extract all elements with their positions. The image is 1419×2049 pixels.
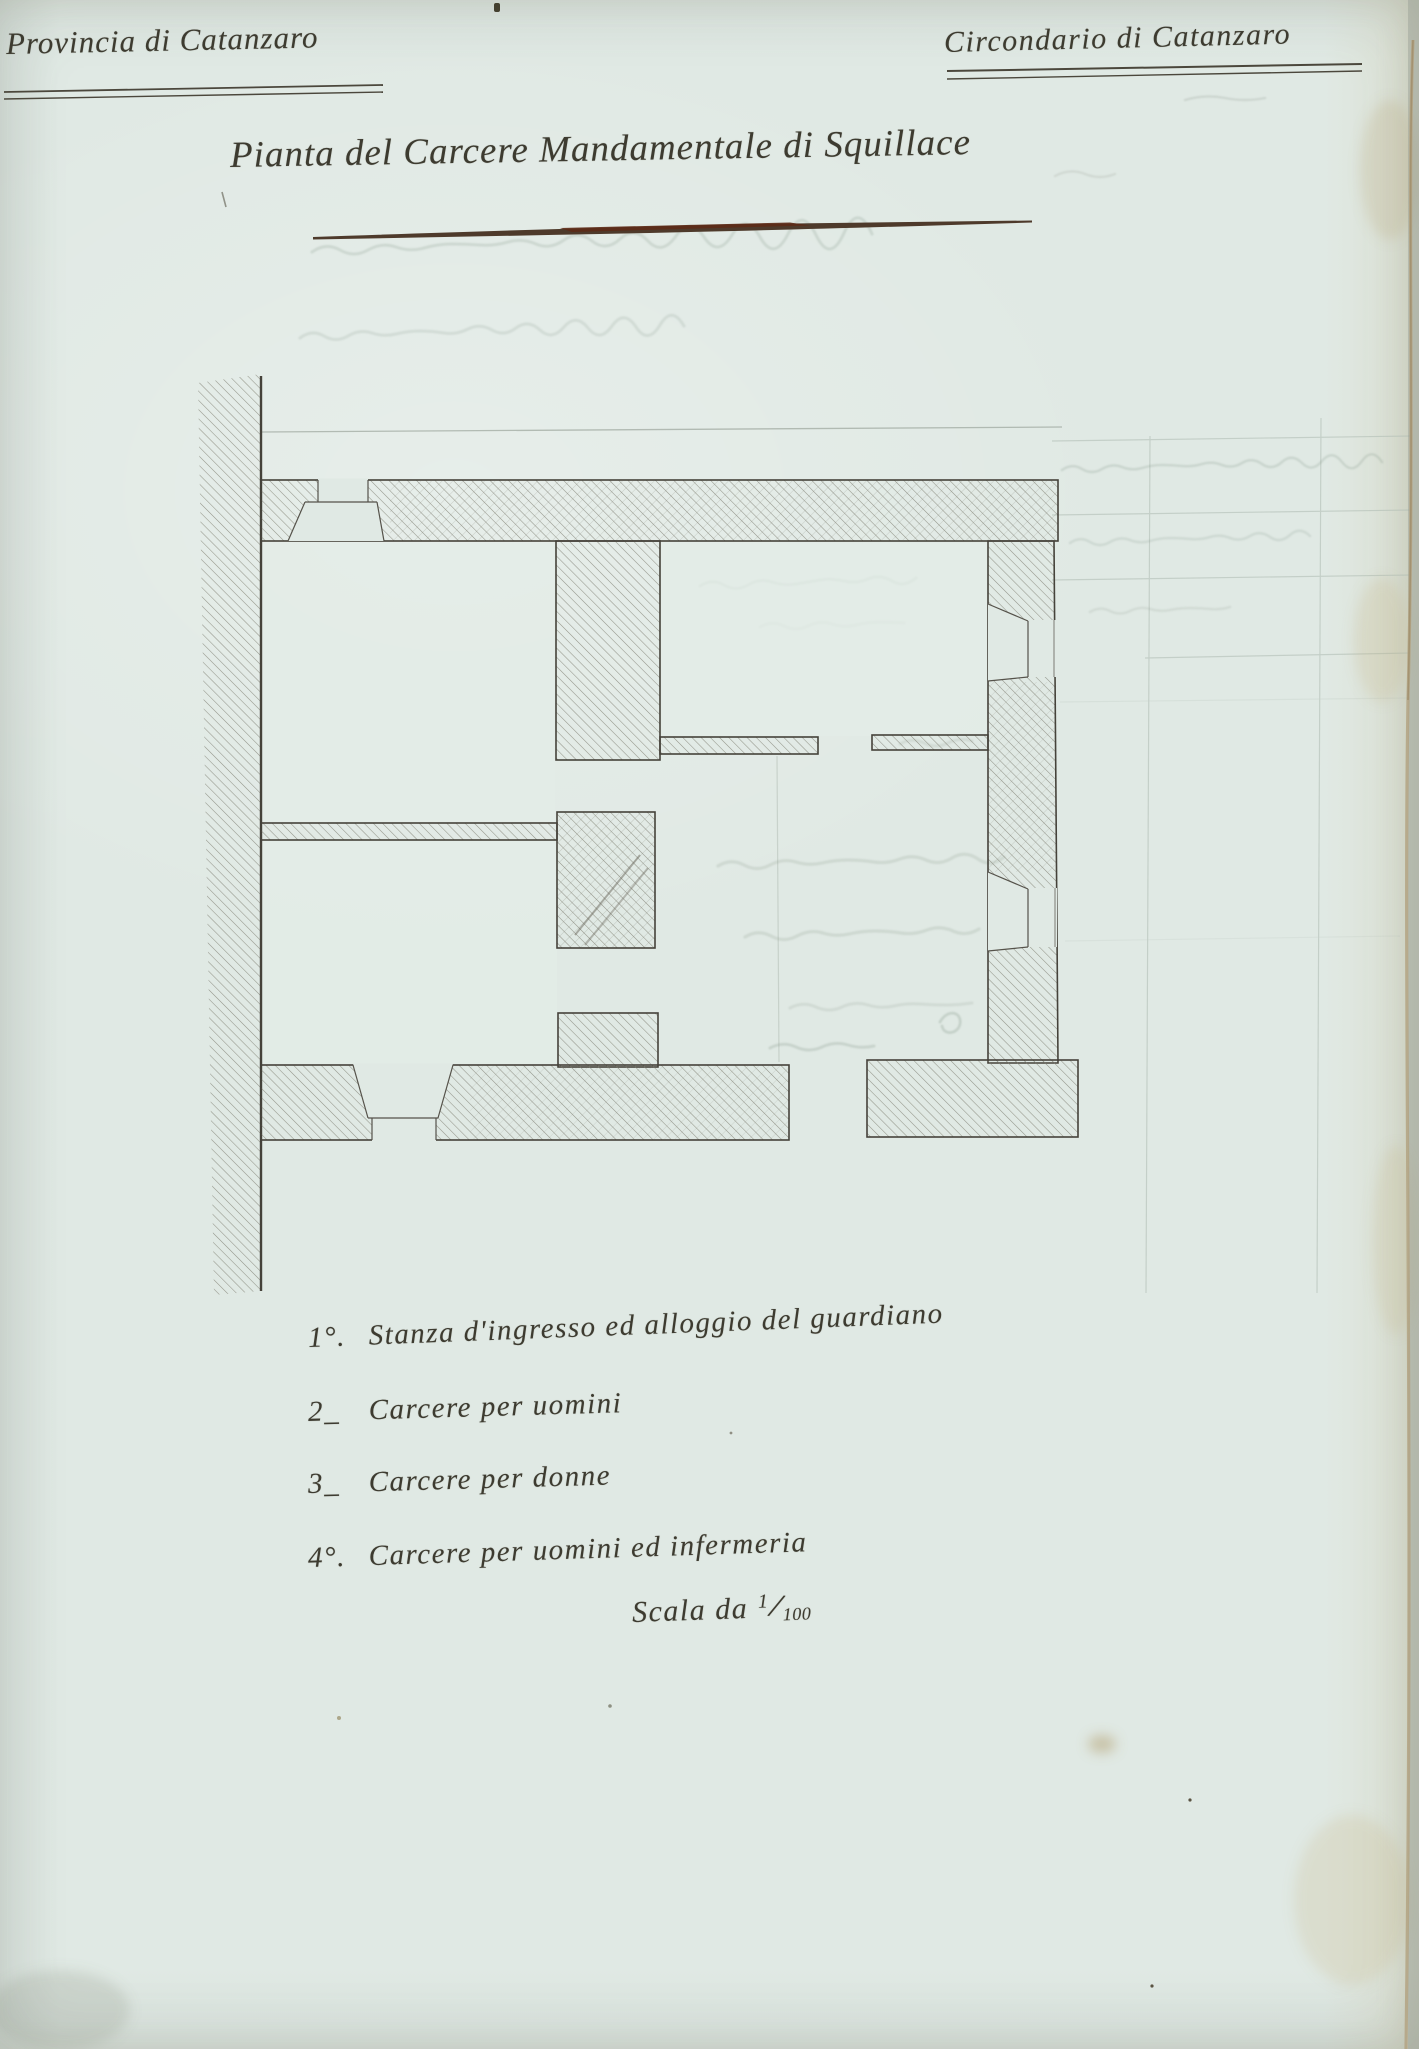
scale-denominator: 100	[782, 1603, 811, 1624]
scale-fraction: 1/100	[758, 1590, 812, 1625]
scale-label: Scala da	[631, 1592, 748, 1629]
legend-item-1: 1°. Stanza d'ingresso ed alloggio del gu…	[307, 1298, 944, 1355]
legend-number: 1°.	[307, 1320, 360, 1355]
legend-number: 3_	[308, 1467, 361, 1501]
room-legend: 1°. Stanza d'ingresso ed alloggio del gu…	[0, 0, 1419, 2049]
legend-number: 2_	[308, 1395, 361, 1429]
manuscript-page: Provincia di Catanzaro Circondario di Ca…	[0, 0, 1419, 2049]
scale-note: Scala da1/100	[631, 1586, 811, 1631]
legend-item-4: 4°. Carcere per uomini ed infermeria	[307, 1526, 807, 1575]
legend-item-2: 2_ Carcere per uomini	[308, 1387, 623, 1429]
legend-text: Carcere per uomini	[368, 1387, 622, 1426]
legend-text: Carcere per uomini ed infermeria	[368, 1526, 808, 1572]
legend-number: 4°.	[307, 1540, 360, 1575]
legend-text: Stanza d'ingresso ed alloggio del guardi…	[368, 1298, 944, 1352]
legend-item-3: 3_ Carcere per donne	[308, 1460, 612, 1501]
scale-numerator: 1	[758, 1590, 770, 1612]
legend-text: Carcere per donne	[368, 1460, 611, 1499]
